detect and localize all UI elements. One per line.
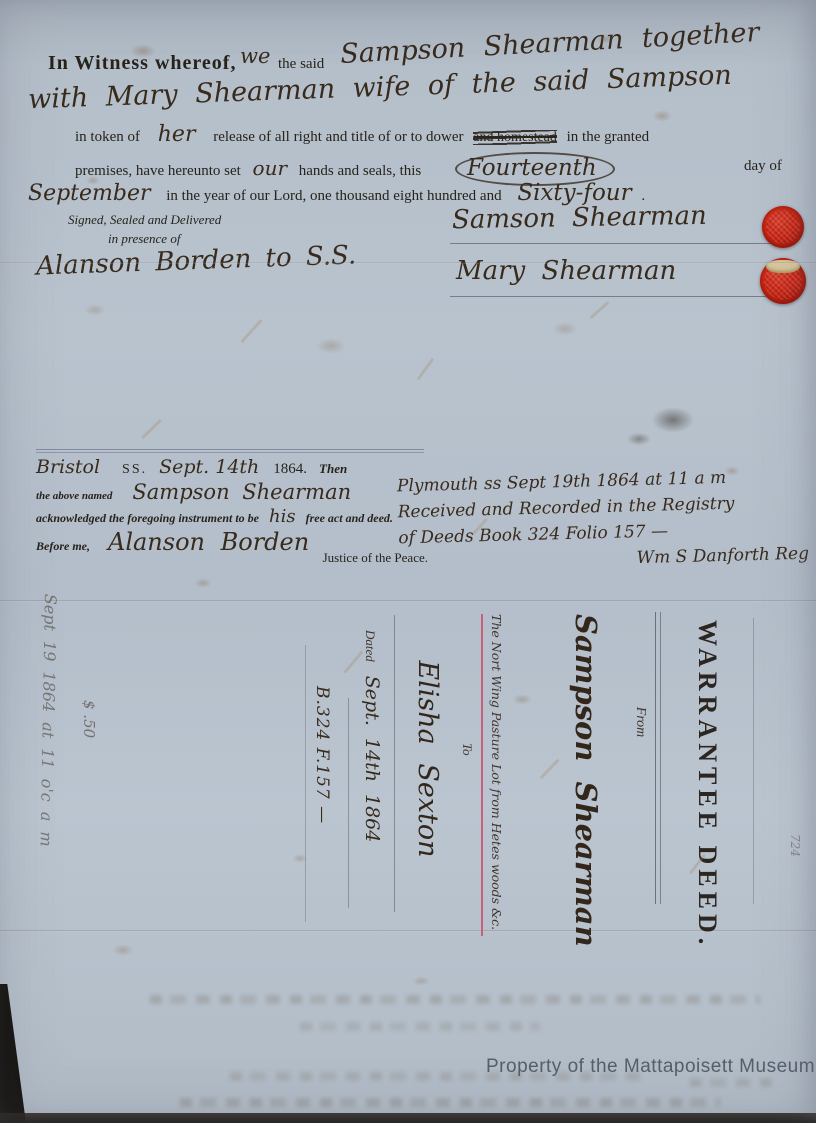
museum-watermark: Property of the Mattapoisett Museum [486,1056,815,1078]
signature-samson-shearman: Samson Shearman [452,201,707,235]
ack-hand-his: his [269,506,296,527]
ack-year: 1864. [273,461,307,477]
printed-year-lead: in the year of our Lord, one thousand ei… [166,188,501,204]
stain [552,322,578,336]
printed-day-of: day of [744,158,782,175]
stain [412,976,430,986]
ack-hand-name: Sampson Shearman [132,480,351,504]
bleedthrough-line [150,995,760,1004]
printed-release: release of all right and title of or to … [213,129,463,145]
printed-in-token-of: in token of [75,129,140,145]
signature-line-1 [450,243,772,244]
printed-hands-seals: hands and seals, this [299,163,421,179]
bleedthrough-line [180,1098,720,1107]
ack-rule-top-1 [36,449,424,450]
stain [112,944,134,956]
deed-scan-page: In Witness whereof, we the said Sampson … [0,0,816,1123]
ack-then: Then [319,461,347,476]
printed-in-presence: in presence of [108,231,180,247]
fold-crease-2 [0,600,816,602]
printed-signed-sealed: Signed, Sealed and Delivered [68,212,221,228]
ack-rule-top-2 [36,452,424,453]
justice-signature: Alanson Borden [108,528,309,556]
bleedthrough-line [690,1078,780,1087]
hand-month: September [28,181,151,206]
stain [194,578,212,588]
stain [316,338,346,354]
docket-title-rule-2 [660,612,661,904]
docket-bf-underline [305,645,306,922]
fiber-streak [590,301,610,319]
docket-margin-note: Sept 19 1864 at 11 o'c a m [13,593,60,888]
ack-above-named: the above named [36,490,112,502]
fiber-streak [240,319,262,343]
docket-book-folio: B.324 F.157 — [307,686,334,918]
fiber-streak [141,419,162,439]
docket-to-label: To [455,743,475,787]
printed-in-granted: in the granted [567,129,649,145]
signature-mary-shearman: Mary Shearman [456,256,676,286]
ack-free-act: free act and deed. [306,511,393,525]
stain [84,304,106,316]
fold-crease-1 [0,262,816,264]
docket-note-red-underline: The Nort Wing Pasture Lot from Hetes woo… [481,614,508,936]
docket-dated-value: Sept. 14th 1864 [361,676,383,843]
docket-dated-label: Dated [363,630,378,662]
printed-premises: premises, have hereunto set [75,163,241,179]
ink-smudge [626,432,652,446]
witness-signature: Alanson Borden to S.S. [36,240,357,281]
ack-acknowledged: acknowledged the foregoing instrument to… [36,511,259,525]
docket-date-underline [348,698,349,908]
acknowledgment-block: Bristol SS. Sept. 14th 1864. Then the ab… [36,456,428,562]
docket-fee-note: $ .50 [62,700,98,776]
clause-line-3: in token of her release of all right and… [75,122,649,147]
docket-title-rule-3 [753,618,754,904]
recording-block: Plymouth ss Sept 19th 1864 at 11 a m Rec… [397,463,814,578]
docket-from-label: From [626,676,648,768]
hand-we: we [240,44,270,68]
docket-page-number: 724 [784,834,802,888]
docket-title: WARRANTEE DEED. [664,620,750,893]
stain [512,694,532,705]
clause-line-5: September in the year of our Lord, one t… [28,180,645,206]
signature-line-2 [450,296,772,297]
scan-edge-bottom [0,1113,816,1123]
fiber-streak [417,358,435,381]
ack-county: Bristol [36,456,100,478]
witness-clause-lead: In Witness whereof, [48,52,236,75]
docket-dated-row: Dated Sept. 14th 1864 [348,630,392,908]
printed-the-said: the said [278,56,324,73]
docket-dated-rule [394,615,395,912]
docket-title-rule-1 [655,612,656,904]
hand-her: her [158,122,196,147]
stain [652,110,672,122]
docket-grantee-name: Elisha Sexton [396,636,454,882]
ack-hand-date: Sept. 14th [159,456,259,478]
wax-seal-1 [762,206,804,248]
scan-edge-left [0,984,26,1123]
hand-our: our [253,156,287,180]
ack-ss: SS. [122,462,147,477]
docket-grantor-name: Sampson Shearman [544,614,624,928]
ack-before-me: Before me, [36,539,90,553]
struck-text: and homestead [473,130,557,145]
bleedthrough-line [300,1022,540,1031]
ink-smudge [650,406,696,434]
